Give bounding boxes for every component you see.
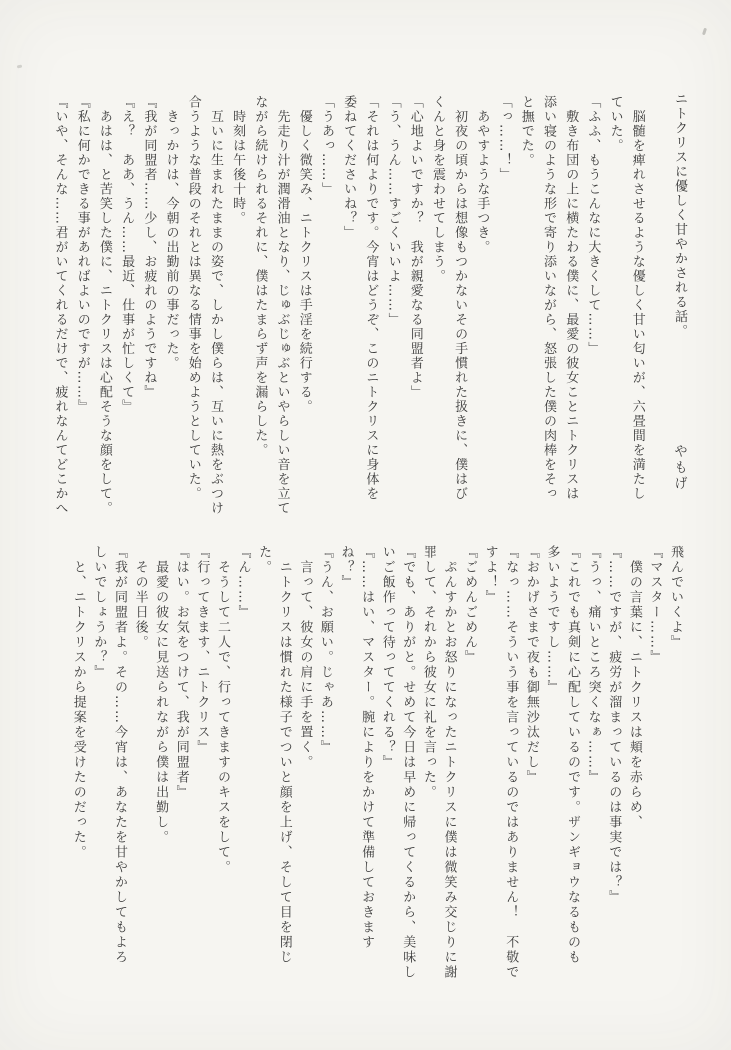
text-line: ていた。 [603, 95, 625, 523]
text-line: 時刻は午後十時。 [226, 95, 248, 523]
text-line: 『おかげさまで夜も御無沙汰だし』 [520, 545, 541, 987]
text-line: ながら続けられるそれに、僕はたまらず声を漏らした。 [248, 95, 270, 523]
text-line: 「っ……！」 [492, 95, 514, 523]
text-line: 『なっ……そういう事を言っているのではありません！ 不敬で [500, 545, 521, 987]
text-lines-top: 脳髄を痺れさせるような優しく甘い匂いが、六畳間を満たしていた。「ふふ、もうこんな… [48, 95, 647, 523]
text-line: 「う、うん……すごくいいよ……」 [381, 95, 403, 523]
text-line: 『でも、ありがと。せめて今日は早めに帰ってくるから、美味し [397, 545, 418, 987]
text-line: 添い寝のような形で寄り添いながら、怒張した僕の肉棒をそっ [537, 95, 559, 523]
text-line: と撫でた。 [515, 95, 537, 523]
text-line: た。 [253, 545, 274, 987]
text-line: 『マスター……』 [644, 545, 665, 987]
text-line: 先走り汁が潤滑油となり、じゅぶじゅぶといやらしい音を立て [270, 95, 292, 523]
text-line: すよ！』 [479, 545, 500, 987]
text-line: 『私に何かできる事があればよいのですが……』 [71, 95, 93, 523]
text-line: 敷き布団の上に横たわる僕に、最愛の彼女ことニトクリスは [559, 95, 581, 523]
text-line: 飛んでいくよ』 [664, 545, 685, 987]
text-line: 「うあっ……」 [315, 95, 337, 523]
text-line: 委ねてくださいね？」 [337, 95, 359, 523]
text-line: 『ごめんごめん』 [458, 545, 479, 987]
text-line: しいでしょうか？』 [88, 545, 109, 987]
text-line: 「それは何よりです。今宵はどうぞ、このニトクリスに身体を [359, 95, 381, 523]
text-line: 『行ってきます、ニトクリス』 [191, 545, 212, 987]
text-line: 『これでも真剣に心配しているのです。ザンギョウなるものも [561, 545, 582, 987]
text-block-top: ニトクリスに優しく甘やかされる話。 脳髄を痺れさせるような優しく甘い匂いが、六畳… [48, 95, 690, 523]
text-line: その半日後。 [129, 545, 150, 987]
text-line: ぷんすかとお怒りになったニトクリスに僕は微笑み交じりに謝 [438, 545, 459, 987]
author-name: やもげ [668, 444, 690, 492]
text-line: と、ニトクリスから提案を受けたのだった。 [67, 545, 88, 987]
text-line: 脳髄を痺れさせるような優しく甘い匂いが、六畳間を満たし [626, 95, 648, 523]
text-line: 「ふふ、もうこんなに大きくして……」 [581, 95, 603, 523]
text-line: 『我が同盟者……少し、お疲れのようですね』 [137, 95, 159, 523]
text-line: くんと身を震わせてしまう。 [426, 95, 448, 523]
text-line: 『……はい、マスター。腕によりをかけて準備しておきます [356, 545, 377, 987]
text-line: 『うん、お願い。じゃあ……』 [314, 545, 335, 987]
text-line: 初夜の頃からは想像もつかないその手慣れた扱きに、僕はび [448, 95, 470, 523]
text-line: あやすような手つき。 [470, 95, 492, 523]
text-line: 『我が同盟者よ。その……今宵は、あなたを甘やかしてもよろ [108, 545, 129, 987]
text-block-bottom: 飛んでいくよ』『マスター……』 僕の言葉に、ニトクリスは頬を赤らめ、『……ですが… [67, 545, 685, 987]
text-line: 言って、彼女の肩に手を置く。 [294, 545, 315, 987]
text-line: 多いようですし……』 [541, 545, 562, 987]
text-line: 互いに生まれたままの姿で、しかし僕らは、互いに熱をぶつけ [204, 95, 226, 523]
text-line: 優しく微笑み、ニトクリスは手淫を続行する。 [293, 95, 315, 523]
text-line: 罪して、それから彼女に礼を言った。 [417, 545, 438, 987]
text-line: 『ん……』 [232, 545, 253, 987]
text-line: きっかけは、今朝の出勤前の事だった。 [159, 95, 181, 523]
text-line: 合うような普段のそれとは異なる情事を始めようとしていた。 [182, 95, 204, 523]
text-line: ね？』 [335, 545, 356, 987]
text-lines-bottom: 飛んでいくよ』『マスター……』 僕の言葉に、ニトクリスは頬を赤らめ、『……ですが… [67, 545, 685, 987]
scan-dust-speck [702, 28, 707, 36]
text-line: 『はい。お気をつけて、我が同盟者』 [170, 545, 191, 987]
text-line: 『うっ、痛いところ突くなぁ……』 [582, 545, 603, 987]
text-line: ニトクリスは慣れた様子でついと顔を上げ、そして目を閉じ [273, 545, 294, 987]
text-line: 『……ですが、疲労が溜まっているのは事実では？』 [603, 545, 624, 987]
text-line: そうして二人で、行ってきますのキスをして。 [211, 545, 232, 987]
text-line: いご飯作って待っててくれる？』 [376, 545, 397, 987]
text-line: 最愛の彼女に見送られながら僕は出勤し。 [150, 545, 171, 987]
text-line: 『いや、そんな……君がいてくれるだけで、疲れなんてどこかへ [48, 95, 70, 523]
scanned-novel-page: ニトクリスに優しく甘やかされる話。 脳髄を痺れさせるような優しく甘い匂いが、六畳… [0, 0, 731, 1050]
text-line: 「心地よいですか？ 我が親愛なる同盟者よ」 [404, 95, 426, 523]
scan-dust-speck [17, 65, 23, 69]
text-line: 『え？ ああ、うん……最近、仕事が忙しくて』 [115, 95, 137, 523]
text-line: 僕の言葉に、ニトクリスは頬を赤らめ、 [623, 545, 644, 987]
text-line: あはは、と苦笑した僕に、ニトクリスは心配そうな顔をして。 [93, 95, 115, 523]
